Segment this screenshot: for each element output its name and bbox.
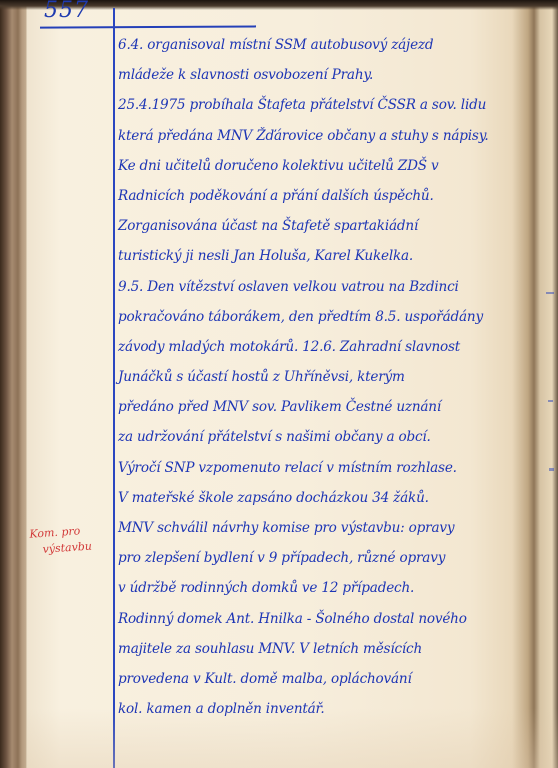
text-line: Zorganisována účast na Štafetě spartakiá… <box>118 211 528 241</box>
text-line: která předána MNV Žďárovice občany a stu… <box>118 121 528 151</box>
text-line: za udržování přátelství s našimi občany … <box>118 422 528 452</box>
margin-note: Kom. pro výstavbu <box>29 521 111 559</box>
text-line: 9.5. Den vítězství oslaven velkou vatrou… <box>118 272 528 302</box>
text-line: turistický ji nesli Jan Holuša, Karel Ku… <box>118 241 528 271</box>
text-line: předáno před MNV sov. Pavlikem Čestné uz… <box>118 392 528 422</box>
text-line: 6.4. organisoval místní SSM autobusový z… <box>118 30 528 60</box>
text-line: pro zlepšení bydlení v 9 případech, různ… <box>118 543 528 573</box>
margin-rule <box>113 8 115 768</box>
text-line: Ke dni učitelů doručeno kolektivu učitel… <box>118 151 528 181</box>
text-line: pokračováno táborákem, den předtím 8.5. … <box>118 302 528 332</box>
handwritten-text: 6.4. organisoval místní SSM autobusový z… <box>118 30 528 724</box>
text-line: MNV schválil návrhy komise pro výstavbu:… <box>118 513 528 543</box>
bleed-through-mark <box>546 292 554 294</box>
text-line: provedena v Kult. domě malba, opláchován… <box>118 664 528 694</box>
text-line: Rodinný domek Ant. Hnilka - Šolného dost… <box>118 604 528 634</box>
text-line: kol. kamen a doplněn inventář. <box>118 694 528 724</box>
text-line: Výročí SNP vzpomenuto relací v místním r… <box>118 453 528 483</box>
text-line: V mateřské škole zapsáno docházkou 34 žá… <box>118 483 528 513</box>
text-line: závody mladých motokárů. 12.6. Zahradní … <box>118 332 528 362</box>
notebook-page: 557 Kom. pro výstavbu 6.4. organisoval m… <box>0 0 558 768</box>
bleed-through-mark <box>548 400 553 402</box>
text-line: mládeže k slavnosti osvobození Prahy. <box>118 60 528 90</box>
text-line: majitele za souhlasu MNV. V letních měsí… <box>118 634 528 664</box>
text-line: Radnicích poděkování a přání dalších úsp… <box>118 181 528 211</box>
page-number: 557 <box>44 0 89 23</box>
text-line: 25.4.1975 probíhala Štafeta přátelství Č… <box>118 90 528 120</box>
text-line: v údržbě rodinných domků ve 12 případech… <box>118 573 528 603</box>
header-rule <box>40 25 256 28</box>
bleed-through-mark <box>549 468 554 471</box>
text-line: Junáčků s účastí hostů z Uhříněvsi, kter… <box>118 362 528 392</box>
